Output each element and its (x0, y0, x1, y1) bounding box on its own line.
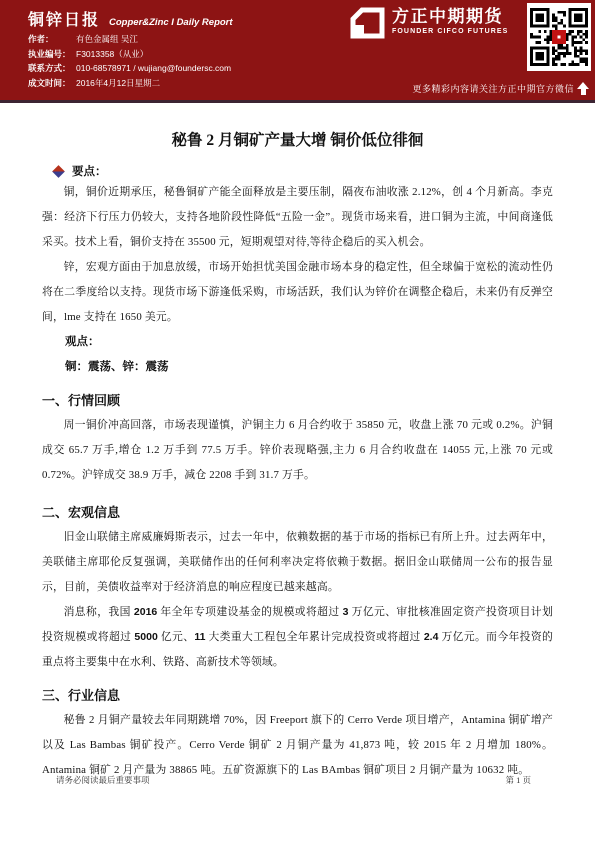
meta-row: 联系方式：010-68578971 / wujiang@foundersc.co… (28, 61, 231, 76)
header-meta: 作者：有色金属组 吴江执业编号：F3013358（从业）联系方式：010-685… (28, 32, 231, 90)
paragraph: 消息称，我国 2016 年全年专项建设基金的规模或将超过 3 万亿元、审批核准固… (42, 600, 553, 675)
meta-value: F3013358（从业） (76, 49, 148, 59)
meta-label: 联系方式： (28, 61, 76, 76)
founder-logo-icon (350, 7, 386, 39)
wechat-qr-code (527, 3, 591, 71)
page-number: 第 1 页 (505, 774, 531, 786)
meta-value: 2016年4月12日星期二 (76, 78, 160, 88)
masthead: 铜锌日报Copper&Zinc I Daily Report (28, 7, 233, 30)
brand-name-en: FOUNDER CIFCO FUTURES (392, 28, 508, 35)
report-title-en: Copper&Zinc I Daily Report (109, 17, 233, 28)
paragraph: 锌，宏观方面由于加息放缓，市场开始担忧美国金融市场本身的稳定性，但全球偏于宽松的… (42, 255, 553, 330)
viewpoint-label: 观点： (42, 330, 553, 355)
section-heading: 二、宏观信息 (42, 502, 553, 521)
brand-name-cn: 方正中期期货 (392, 7, 508, 26)
paragraph: 铜，铜价近期承压，秘鲁铜矿产能全面释放是主要压制，隔夜布油收涨 2.12%，创 … (42, 180, 553, 255)
wechat-note-row: 更多精彩内容请关注方正中期官方微信 (412, 82, 589, 95)
page-title: 秘鲁 2 月铜矿产量大增 铜价低位徘徊 (42, 128, 553, 150)
meta-label: 执业编号： (28, 47, 76, 62)
page-footer: 请务必阅读最后重要事项 第 1 页 (0, 774, 595, 786)
footer-disclaimer: 请务必阅读最后重要事项 (56, 774, 150, 786)
paragraph: 周一铜价冲高回落，市场表现谨慎，沪铜主力 6 月合约收于 35850 元，收盘上… (42, 413, 553, 488)
qr-code-icon (530, 8, 588, 66)
brand-text: 方正中期期货 FOUNDER CIFCO FUTURES (392, 7, 508, 35)
keypoints-header: 要点： (54, 162, 553, 180)
keypoints-bullet-icon (52, 165, 65, 178)
meta-label: 作者： (28, 32, 76, 47)
header-band: 铜锌日报Copper&Zinc I Daily Report 作者：有色金属组 … (0, 0, 595, 103)
keypoints-paragraphs: 铜，铜价近期承压，秘鲁铜矿产能全面释放是主要压制，隔夜布油收涨 2.12%，创 … (42, 180, 553, 330)
meta-label: 成文时间： (28, 76, 76, 91)
main-sections: 一、行情回顾周一铜价冲高回落，市场表现谨慎，沪铜主力 6 月合约收于 35850… (42, 390, 553, 783)
section-heading: 一、行情回顾 (42, 390, 553, 409)
meta-row: 执业编号：F3013358（从业） (28, 47, 231, 62)
paragraph: 秘鲁 2 月铜产量较去年同期跳增 70%，因 Freeport 旗下的 Cerr… (42, 708, 553, 783)
section-heading: 三、行业信息 (42, 685, 553, 704)
report-title-cn: 铜锌日报 (28, 12, 100, 29)
meta-row: 作者：有色金属组 吴江 (28, 32, 231, 47)
paragraph: 旧金山联储主席威廉姆斯表示，过去一年中，依赖数据的基于市场的指标已有所上升。过去… (42, 525, 553, 600)
meta-value: 有色金属组 吴江 (76, 34, 138, 44)
report-body: 秘鲁 2 月铜矿产量大增 铜价低位徘徊 要点： 铜，铜价近期承压，秘鲁铜矿产能全… (0, 128, 595, 783)
wechat-note-text: 更多精彩内容请关注方正中期官方微信 (412, 82, 574, 95)
brand: 方正中期期货 FOUNDER CIFCO FUTURES (350, 7, 508, 39)
up-arrow-icon (577, 82, 589, 95)
report-page: 铜锌日报Copper&Zinc I Daily Report 作者：有色金属组 … (0, 0, 595, 842)
meta-row: 成文时间：2016年4月12日星期二 (28, 76, 231, 91)
viewpoint-value: 铜：震荡、锌：震荡 (42, 355, 553, 380)
keypoints-label: 要点： (72, 163, 107, 179)
meta-value: 010-68578971 / wujiang@foundersc.com (76, 63, 231, 73)
